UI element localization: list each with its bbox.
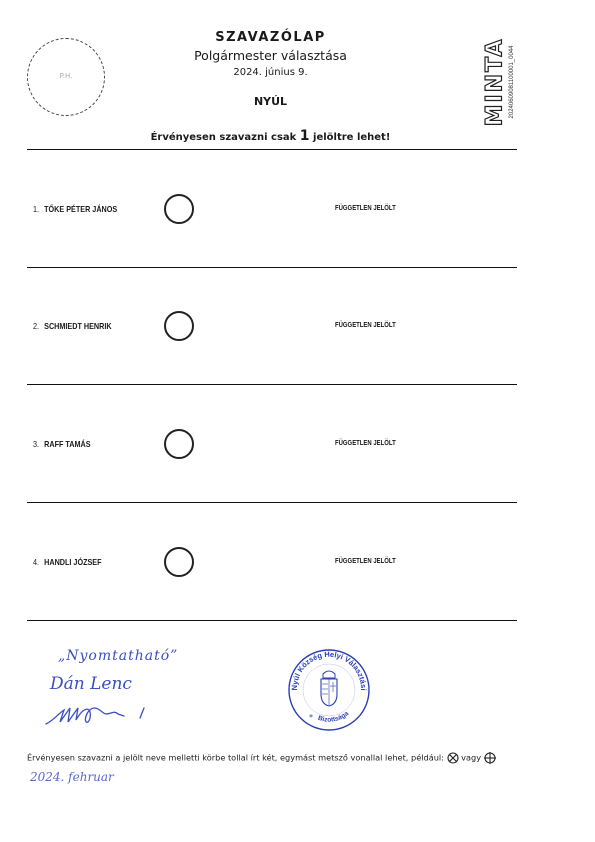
divider [27,620,517,621]
candidate-number: 2. [33,321,39,331]
serial-code: 20240609081100001_0044 [505,32,519,132]
coat-of-arms-icon [321,671,337,706]
vote-circle[interactable] [164,311,194,341]
handwritten-signature: Dán Lenc [50,674,132,694]
crossed-circle-x-icon [447,752,459,764]
vote-instruction-suffix: jelöltre lehet! [310,132,391,143]
candidate-name-text: TŐKE PÉTER JÁNOS [44,204,117,214]
candidate-name: 4.HANDLI JÓZSEF [33,557,102,567]
ballot-title: SZAVAZÓLAP [0,30,541,45]
candidate-number: 1. [33,204,39,214]
vote-circle[interactable] [164,547,194,577]
candidate-party: FÜGGETLEN JELÖLT [335,322,396,329]
candidate-name-text: SCHMIEDT HENRIK [44,321,111,331]
serial-code-text: 20240609081100001_0044 [509,46,515,119]
handwritten-label: „Nyomtatható” [58,648,178,664]
vote-circle[interactable] [164,429,194,459]
candidate-party: FÜGGETLEN JELÖLT [335,558,396,565]
candidate-party: FÜGGETLEN JELÖLT [335,205,396,212]
candidate-name: 2.SCHMIEDT HENRIK [33,321,112,331]
vote-circle[interactable] [164,194,194,224]
election-type: Polgármester választása [0,48,541,63]
election-date: 2024. június 9. [0,67,541,78]
vote-instruction: Érvényesen szavazni csak 1 jelöltre lehe… [0,128,541,144]
candidate-number: 4. [33,557,39,567]
candidate-name-text: RAFF TAMÁS [44,439,90,449]
handwritten-signature-scribble [44,700,164,728]
divider [27,502,517,503]
footer-instruction-text: Érvényesen szavazni a jelölt neve mellet… [27,753,444,763]
official-seal: Nyúl Község Helyi Választási Bizottsága … [287,648,371,732]
vote-instruction-prefix: Érvényesen szavazni csak [151,132,300,143]
crossed-circle-plus-icon [484,752,496,764]
sample-watermark-text: MINTA [483,38,508,127]
divider [27,149,517,150]
seal-text-bottom: Bizottsága [317,710,350,724]
footer-instruction: Érvényesen szavazni a jelölt neve mellet… [27,752,496,764]
candidate-name-text: HANDLI JÓZSEF [44,557,101,567]
candidate-name: 3.RAFF TAMÁS [33,439,91,449]
candidate-party: FÜGGETLEN JELÖLT [335,440,396,447]
footer-or-word: vagy [461,753,481,763]
divider [27,267,517,268]
handwritten-date: 2024. fehruar [30,770,114,784]
divider [27,384,517,385]
svg-text:Bizottsága: Bizottsága [317,710,350,724]
candidate-name: 1.TŐKE PÉTER JÁNOS [33,204,117,214]
vote-instruction-number: 1 [300,128,310,144]
seal-star-icon: * [309,713,313,722]
municipality-name: NYÚL [0,95,541,108]
candidate-number: 3. [33,439,39,449]
